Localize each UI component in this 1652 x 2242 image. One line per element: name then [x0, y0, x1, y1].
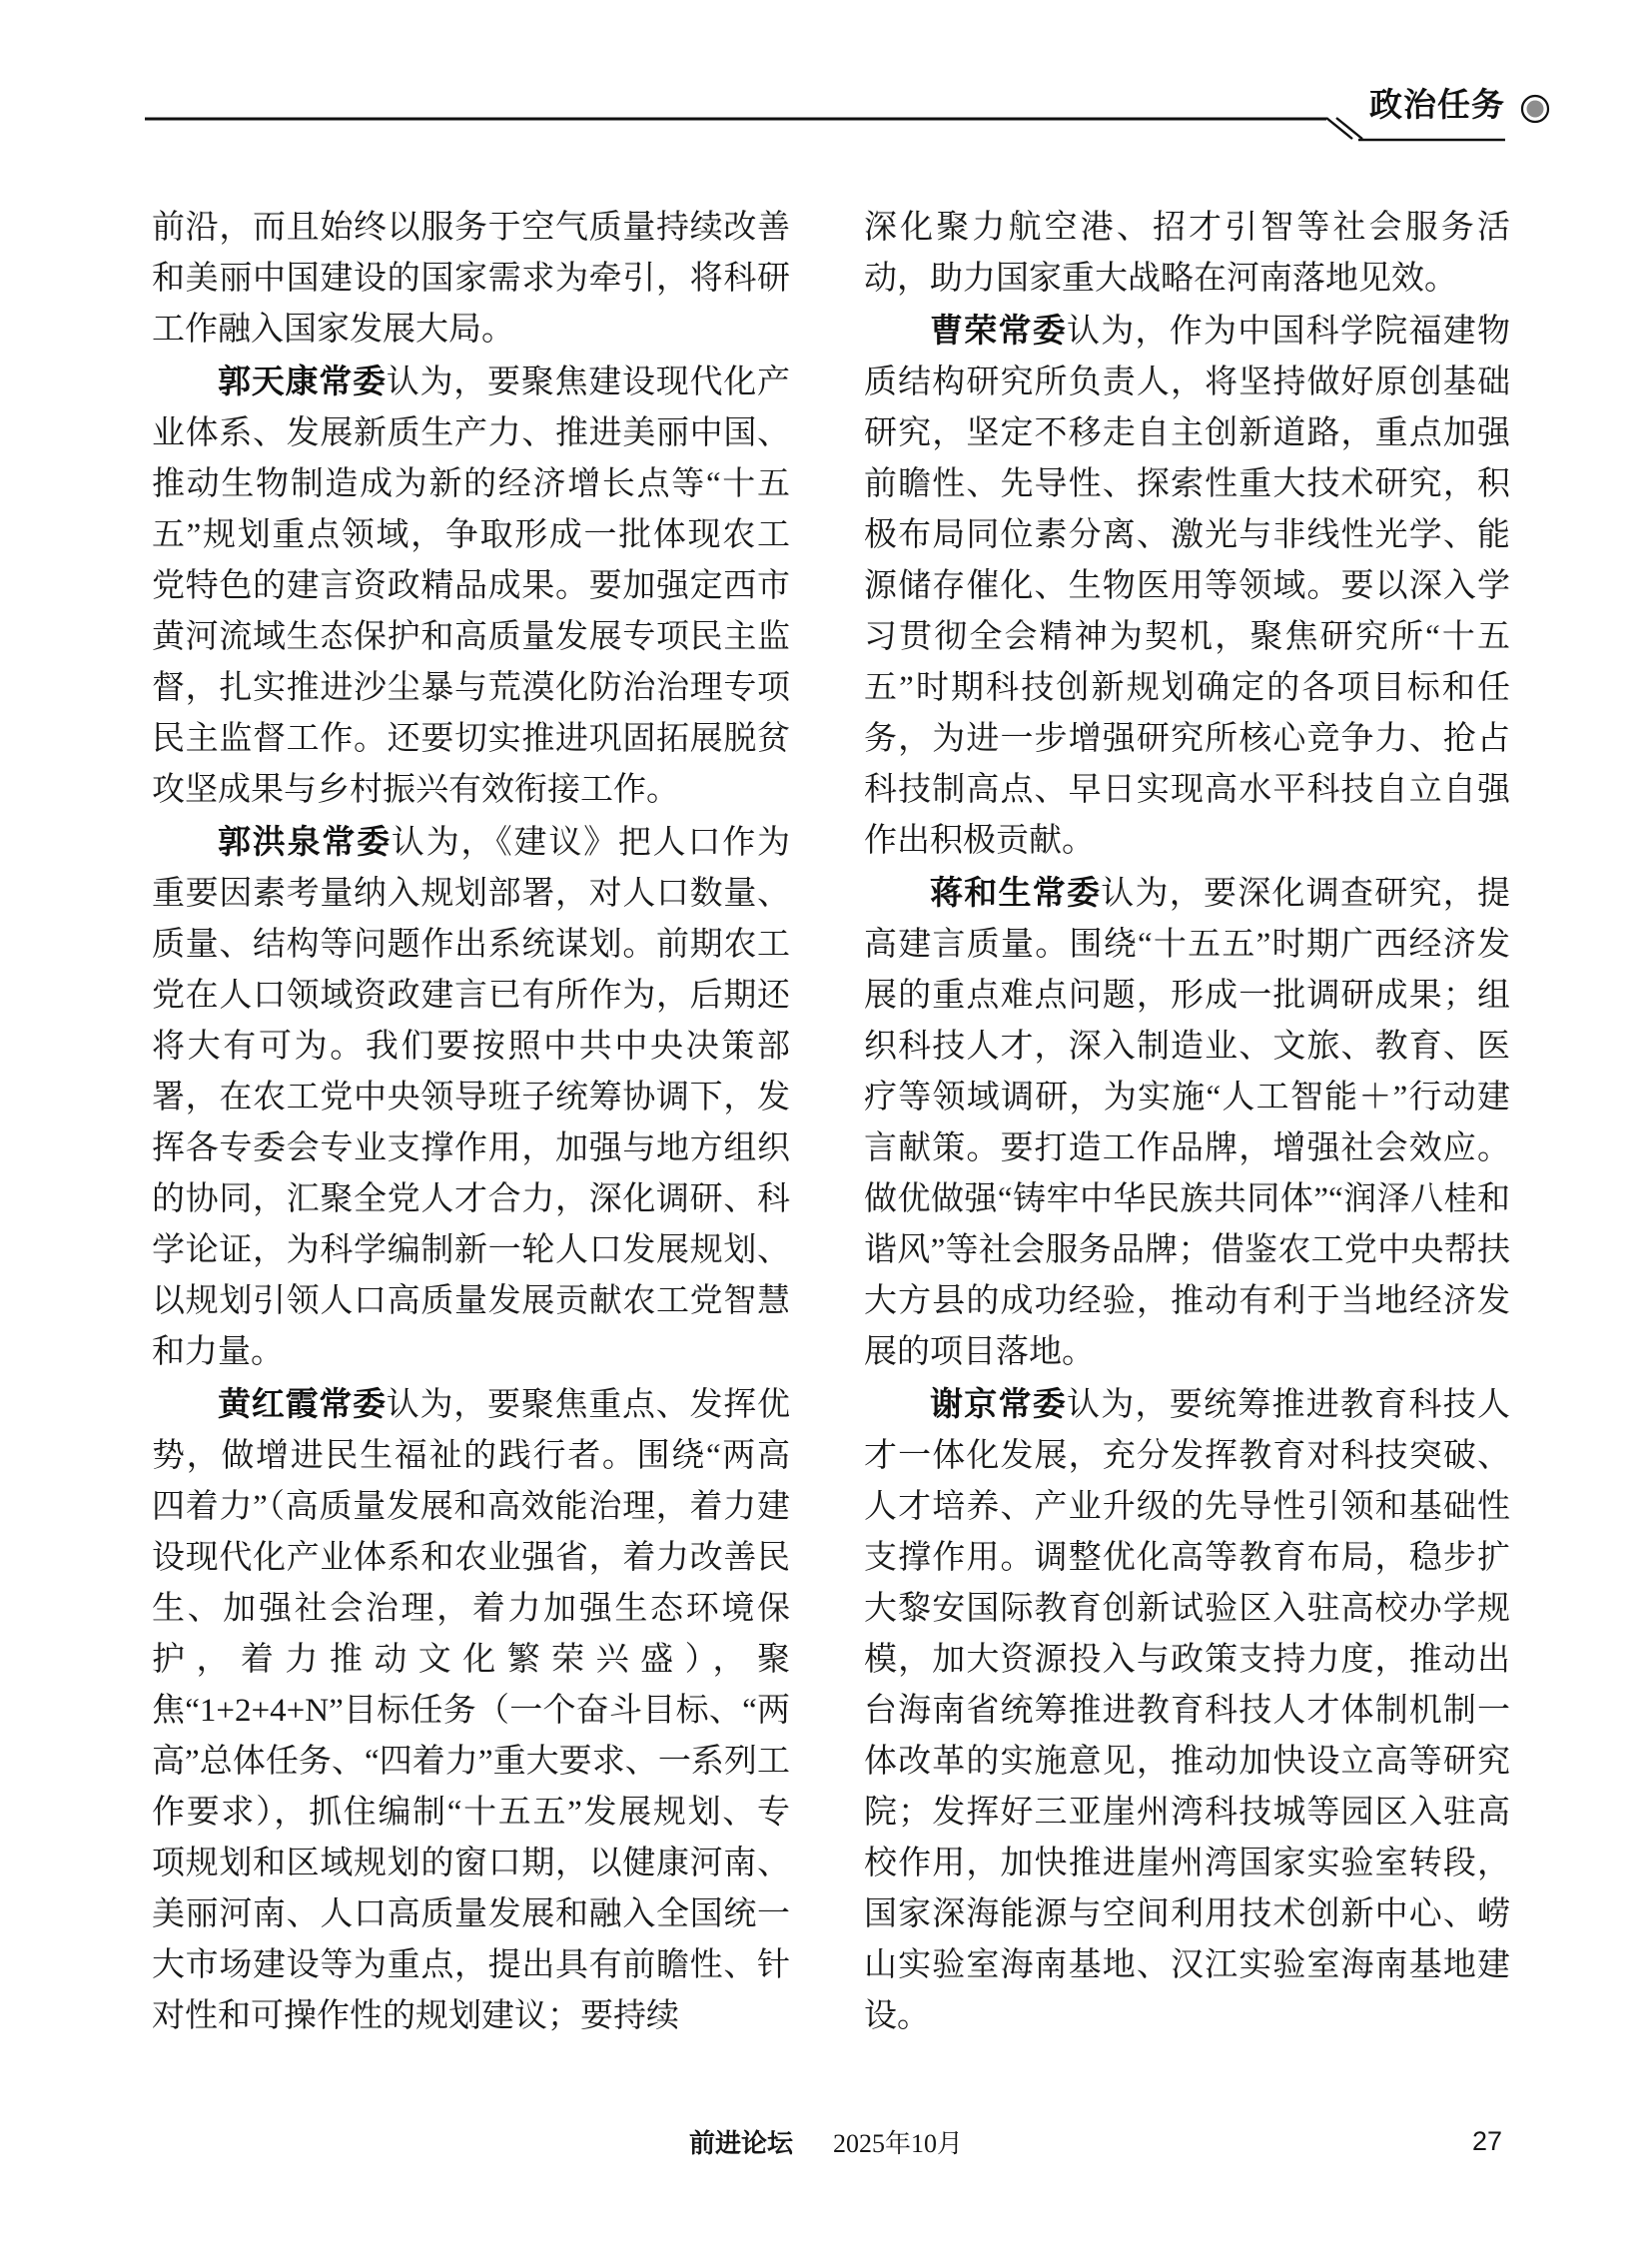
section-label: 政治任务 — [1369, 87, 1505, 123]
speaker-name: 黄红霞常委 — [218, 1385, 387, 1422]
paragraph-text: 前沿，而且始终以服务于空气质量持续改善和美丽中国建设的国家需求为牵引，将科研工作… — [152, 210, 790, 348]
target-circle-icon — [1518, 92, 1552, 126]
paragraph-text: 认为，要聚焦建设现代化产业体系、发展新质生产力、推进美丽中国、推动生物制造成为新… — [152, 365, 790, 808]
article-column-right: 深化聚力航空港、招才引智等社会服务活动，助力国家重大战略在河南落地见效。曹荣常委… — [864, 203, 1510, 2046]
paragraph-text: 认为，要统筹推进教育科技人才一体化发展，充分发挥教育对科技突破、人才培养、产业升… — [864, 1387, 1510, 2034]
paragraph: 曹荣常委认为，作为中国科学院福建物质结构研究所负责人，将坚持做好原创基础研究，坚… — [864, 305, 1510, 867]
paragraph-text: 认为，要深化调查研究，提高建言质量。围绕“十五五”时期广西经济发展的重点难点问题… — [864, 876, 1510, 1370]
paragraph: 谢京常委认为，要统筹推进教育科技人才一体化发展，充分发挥教育对科技突破、人才培养… — [864, 1378, 1510, 2042]
journal-name: 前进论坛 — [689, 2127, 793, 2159]
speaker-name: 郭天康常委 — [218, 363, 387, 399]
header-rule — [0, 0, 1652, 170]
paragraph: 郭天康常委认为，要聚焦建设现代化产业体系、发展新质生产力、推进美丽中国、推动生物… — [152, 356, 790, 816]
paragraph: 前沿，而且始终以服务于空气质量持续改善和美丽中国建设的国家需求为牵引，将科研工作… — [152, 203, 790, 356]
page-footer: 前进论坛 2025年10月 — [0, 2127, 1652, 2160]
paragraph: 郭洪泉常委认为，《建议》把人口作为重要因素考量纳入规划部署，对人口数量、质量、结… — [152, 816, 790, 1378]
paragraph: 黄红霞常委认为，要聚焦重点、发挥优势，做增进民生福祉的践行者。围绕“两高四着力”… — [152, 1378, 790, 2042]
issue-date: 2025年10月 — [833, 2128, 963, 2160]
article-column-left: 前沿，而且始终以服务于空气质量持续改善和美丽中国建设的国家需求为牵引，将科研工作… — [152, 203, 790, 2046]
paragraph-text: 认为，要聚焦重点、发挥优势，做增进民生福祉的践行者。围绕“两高四着力”（高质量发… — [152, 1387, 790, 2034]
paragraph: 深化聚力航空港、招才引智等社会服务活动，助力国家重大战略在河南落地见效。 — [864, 203, 1510, 305]
paragraph: 蒋和生常委认为，要深化调查研究，提高建言质量。围绕“十五五”时期广西经济发展的重… — [864, 867, 1510, 1378]
paragraph-text: 认为，《建议》把人口作为重要因素考量纳入规划部署，对人口数量、质量、结构等问题作… — [152, 825, 790, 1370]
speaker-name: 蒋和生常委 — [930, 874, 1101, 911]
paragraph-text: 深化聚力航空港、招才引智等社会服务活动，助力国家重大战略在河南落地见效。 — [864, 210, 1510, 297]
speaker-name: 谢京常委 — [930, 1385, 1067, 1422]
page-number: 27 — [1472, 2125, 1502, 2157]
paragraph-text: 认为，作为中国科学院福建物质结构研究所负责人，将坚持做好原创基础研究，坚定不移走… — [864, 314, 1510, 859]
speaker-name: 郭洪泉常委 — [218, 823, 392, 860]
magazine-page: 政治任务 前沿，而且始终以服务于空气质量持续改善和美丽中国建设的国家需求为牵引，… — [0, 0, 1652, 2242]
speaker-name: 曹荣常委 — [930, 312, 1067, 349]
